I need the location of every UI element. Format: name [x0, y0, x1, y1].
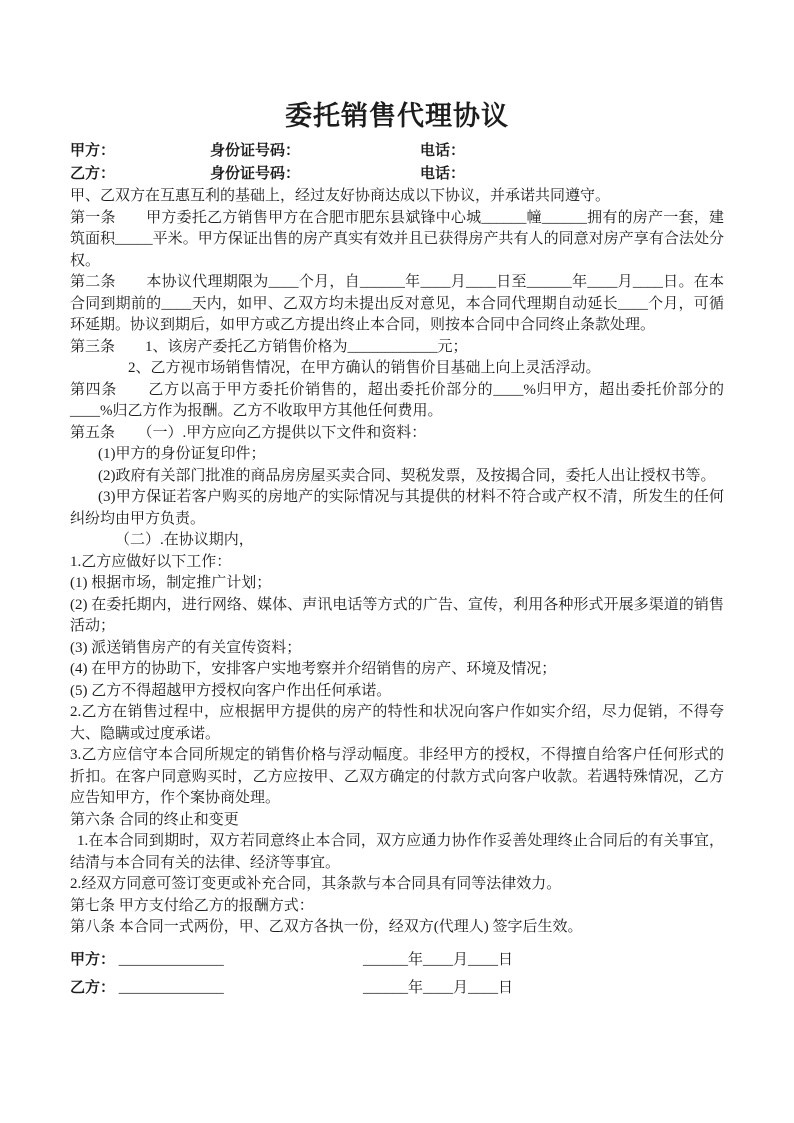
signature-party-b-date: ______年____月____日	[363, 974, 513, 1002]
clause-5-part-2-item-3: 3.乙方应信守本合同所规定的销售价格与浮动幅度。非经甲方的授权，不得擅自给客户任…	[70, 745, 724, 810]
signature-row-party-b: 乙方： ______________ ______年____月____日	[70, 974, 724, 1002]
party-row-jiafang: 甲方： 身份证号码： 电话：	[70, 140, 724, 163]
signature-party-a-label: 甲方：	[70, 952, 115, 968]
signature-party-a-date: ______年____月____日	[363, 946, 513, 974]
clause-3-item-2: 2、乙方视市场销售情况，在甲方确认的销售价目基础上向上灵活浮动。	[70, 358, 724, 380]
clause-5-doc-item-1: (1)甲方的身份证复印件；	[70, 444, 724, 466]
clause-3-item-1: 第三条 1、该房产委托乙方销售价格为____________元；	[70, 337, 724, 359]
contract-body: 甲、乙双方在互惠互利的基础上，经过友好协商达成以下协议，并承诺共同遵守。 第一条…	[70, 186, 724, 939]
work-item-3: (3) 派送销售房产的有关宣传资料；	[70, 638, 724, 660]
clause-8-paragraph: 第八条 本合同一式两份，甲、乙双方各执一份，经双方(代理人) 签字后生效。	[70, 917, 724, 939]
party-b-phone-label: 电话：	[420, 163, 724, 186]
work-item-1: (1) 根据市场，制定推广计划；	[70, 573, 724, 595]
signature-row-party-a: 甲方： ______________ ______年____月____日	[70, 946, 724, 974]
page-title: 委托销售代理协议	[70, 100, 724, 132]
clause-5-part-1-heading: 第五条 （一）.甲方应向乙方提供以下文件和资料：	[70, 423, 724, 445]
signature-party-a-blank: ______________	[119, 952, 224, 968]
contract-page: 委托销售代理协议 甲方： 身份证号码： 电话： 乙方： 身份证号码： 电话： 甲…	[0, 0, 794, 1123]
clause-5-doc-item-3: (3)甲方保证若客户购买的房地产的实际情况与其提供的材料不符合或产权不清，所发生…	[70, 487, 724, 530]
work-item-4: (4) 在甲方的协助下，安排客户实地考察并介绍销售的房产、环境及情况；	[70, 659, 724, 681]
clause-4-paragraph: 第四条 乙方以高于甲方委托价销售的，超出委托价部分的____%归甲方，超出委托价…	[70, 380, 724, 423]
clause-2-paragraph: 第二条 本协议代理期限为____个月，自______年____月____日至__…	[70, 272, 724, 337]
party-row-yifang: 乙方： 身份证号码： 电话：	[70, 163, 724, 186]
party-b-label: 乙方：	[70, 163, 210, 186]
signature-party-b-label: 乙方：	[70, 980, 115, 996]
clause-6-item-1: 1.在本合同到期时，双方若同意终止本合同，双方应通力协作作妥善处理终止合同后的有…	[70, 831, 724, 874]
work-item-5: (5) 乙方不得超越甲方授权向客户作出任何承诺。	[70, 681, 724, 703]
party-info-block: 甲方： 身份证号码： 电话： 乙方： 身份证号码： 电话：	[70, 140, 724, 185]
clause-5-doc-item-2: (2)政府有关部门批准的商品房房屋买卖合同、契税发票，及按揭合同，委托人出让授权…	[70, 466, 724, 488]
work-item-2: (2) 在委托期内，进行网络、媒体、声讯电话等方式的广告、宣传，利用各种形式开展…	[70, 595, 724, 638]
party-a-phone-label: 电话：	[420, 140, 724, 163]
signature-block: 甲方： ______________ ______年____月____日 乙方：…	[70, 946, 724, 1002]
signature-party-b-blank: ______________	[119, 980, 224, 996]
preamble-paragraph: 甲、乙双方在互惠互利的基础上，经过友好协商达成以下协议，并承诺共同遵守。	[70, 186, 724, 208]
party-a-label: 甲方：	[70, 140, 210, 163]
party-b-id-label: 身份证号码：	[210, 163, 420, 186]
clause-1-paragraph: 第一条 甲方委托乙方销售甲方在合肥市肥东县斌锋中心城______幢______拥…	[70, 208, 724, 273]
clause-5-part-2-item-1-heading: 1.乙方应做好以下工作：	[70, 552, 724, 574]
clause-5-part-2-item-2: 2.乙方在销售过程中，应根据甲方提供的房产的特性和状况向客户作如实介绍，尽力促销…	[70, 702, 724, 745]
party-a-id-label: 身份证号码：	[210, 140, 420, 163]
clause-7-paragraph: 第七条 甲方支付给乙方的报酬方式：	[70, 896, 724, 918]
clause-6-item-2: 2.经双方同意可签订变更或补充合同，其条款与本合同具有同等法律效力。	[70, 874, 724, 896]
clause-5-part-2-heading: （二）.在协议期内，	[70, 530, 724, 552]
clause-6-heading: 第六条 合同的终止和变更	[70, 810, 724, 832]
